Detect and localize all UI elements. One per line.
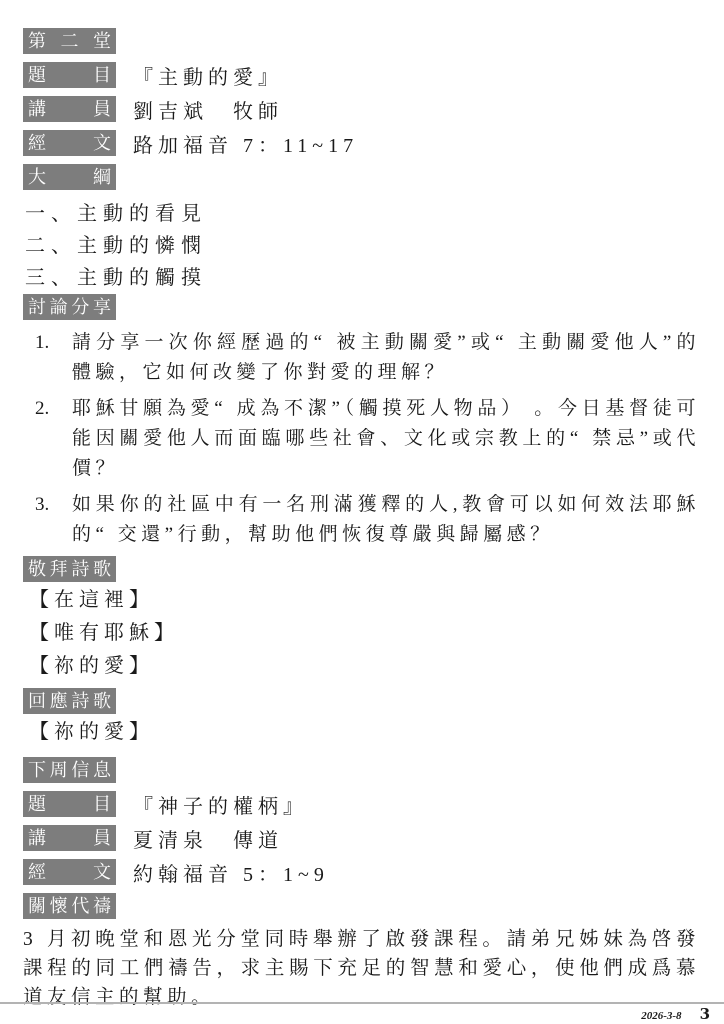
- topic-label-badge: 題目: [23, 791, 116, 817]
- response-song-header-badge: 回應詩歌: [23, 688, 116, 714]
- scripture-value: 約翰福音 5：1~9: [133, 858, 329, 887]
- next-week-header-badge: 下周信息: [23, 757, 116, 783]
- response-song-list: 【祢的愛】: [23, 716, 700, 749]
- question-number: 3.: [35, 490, 72, 550]
- outline-label-badge: 大綱: [23, 164, 116, 190]
- question-number: 2.: [35, 394, 72, 484]
- footer-date: 2026-3-8: [641, 1010, 681, 1022]
- session-header-badge: 第二堂: [23, 28, 116, 54]
- worship-song-3: 【祢的愛】: [23, 650, 700, 683]
- next-week-scripture-row: 經文 約翰福音 5：1~9: [23, 859, 700, 885]
- discussion-question-3: 3. 如果你的社區中有一名刑滿獲釋的人,教會可以如何效法耶穌的“ 交還”行動，幫…: [23, 490, 700, 550]
- question-text: 請分享一次你經歷過的“ 被主動關愛”或“ 主動關愛他人”的體驗，它如何改變了你對…: [72, 328, 700, 388]
- scripture-label-badge: 經文: [23, 859, 116, 885]
- outline-point-1: 一、主動的看見: [25, 198, 700, 230]
- worship-song-list: 【在這裡】 【唯有耶穌】 【祢的愛】: [23, 584, 700, 683]
- session-outline-row: 大綱: [23, 164, 700, 190]
- speaker-label-badge: 講員: [23, 825, 116, 851]
- worship-songs-header-badge: 敬拜詩歌: [23, 556, 116, 582]
- footer-meta: 2026-3-8 3: [0, 1004, 724, 1023]
- question-text: 耶穌甘願為愛“ 成為不潔”（觸摸死人物品） 。今日基督徒可能因關愛他人而面臨哪些…: [72, 394, 700, 484]
- speaker-label-badge: 講員: [23, 96, 116, 122]
- outline-point-2: 二、主動的憐憫: [25, 230, 700, 262]
- topic-label-badge: 題目: [23, 62, 116, 88]
- session-scripture-row: 經文 路加福音 7：11~17: [23, 130, 700, 156]
- scripture-value: 路加福音 7：11~17: [133, 129, 358, 158]
- next-week-speaker-row: 講員 夏清泉 傳道: [23, 825, 700, 851]
- page-number: 3: [700, 1005, 710, 1023]
- page-footer: 2026-3-8 3: [0, 1002, 724, 1023]
- prayer-header-badge: 關懷代禱: [23, 893, 116, 919]
- speaker-value: 夏清泉 傳道: [133, 824, 283, 853]
- question-text: 如果你的社區中有一名刑滿獲釋的人,教會可以如何效法耶穌的“ 交還”行動，幫助他們…: [72, 490, 700, 550]
- bulletin-page: 第二堂 題目 『主動的愛』 講員 劉吉斌 牧師 經文 路加福音 7：11~17 …: [0, 0, 724, 1024]
- sermon-outline: 一、主動的看見 二、主動的憐憫 三、主動的觸摸: [23, 198, 700, 294]
- discussion-header-badge: 討論分享: [23, 294, 116, 320]
- prayer-paragraph: 3 月初晚堂和恩光分堂同時舉辦了啟發課程。請弟兄姊妹為啓發課程的同工們禱告，求主…: [23, 925, 700, 1012]
- worship-song-1: 【在這裡】: [23, 584, 700, 617]
- session-speaker-row: 講員 劉吉斌 牧師: [23, 96, 700, 122]
- question-number: 1.: [35, 328, 72, 388]
- topic-value: 『主動的愛』: [133, 61, 283, 90]
- scripture-label-badge: 經文: [23, 130, 116, 156]
- discussion-question-2: 2. 耶穌甘願為愛“ 成為不潔”（觸摸死人物品） 。今日基督徒可能因關愛他人而面…: [23, 394, 700, 484]
- speaker-value: 劉吉斌 牧師: [133, 95, 283, 124]
- discussion-question-list: 1. 請分享一次你經歷過的“ 被主動關愛”或“ 主動關愛他人”的體驗，它如何改變…: [23, 328, 700, 550]
- discussion-question-1: 1. 請分享一次你經歷過的“ 被主動關愛”或“ 主動關愛他人”的體驗，它如何改變…: [23, 328, 700, 388]
- outline-point-3: 三、主動的觸摸: [25, 262, 700, 294]
- session-topic-row: 題目 『主動的愛』: [23, 62, 700, 88]
- worship-song-2: 【唯有耶穌】: [23, 617, 700, 650]
- response-song-1: 【祢的愛】: [23, 716, 700, 749]
- next-week-topic-row: 題目 『神子的權柄』: [23, 791, 700, 817]
- topic-value: 『神子的權柄』: [133, 790, 308, 819]
